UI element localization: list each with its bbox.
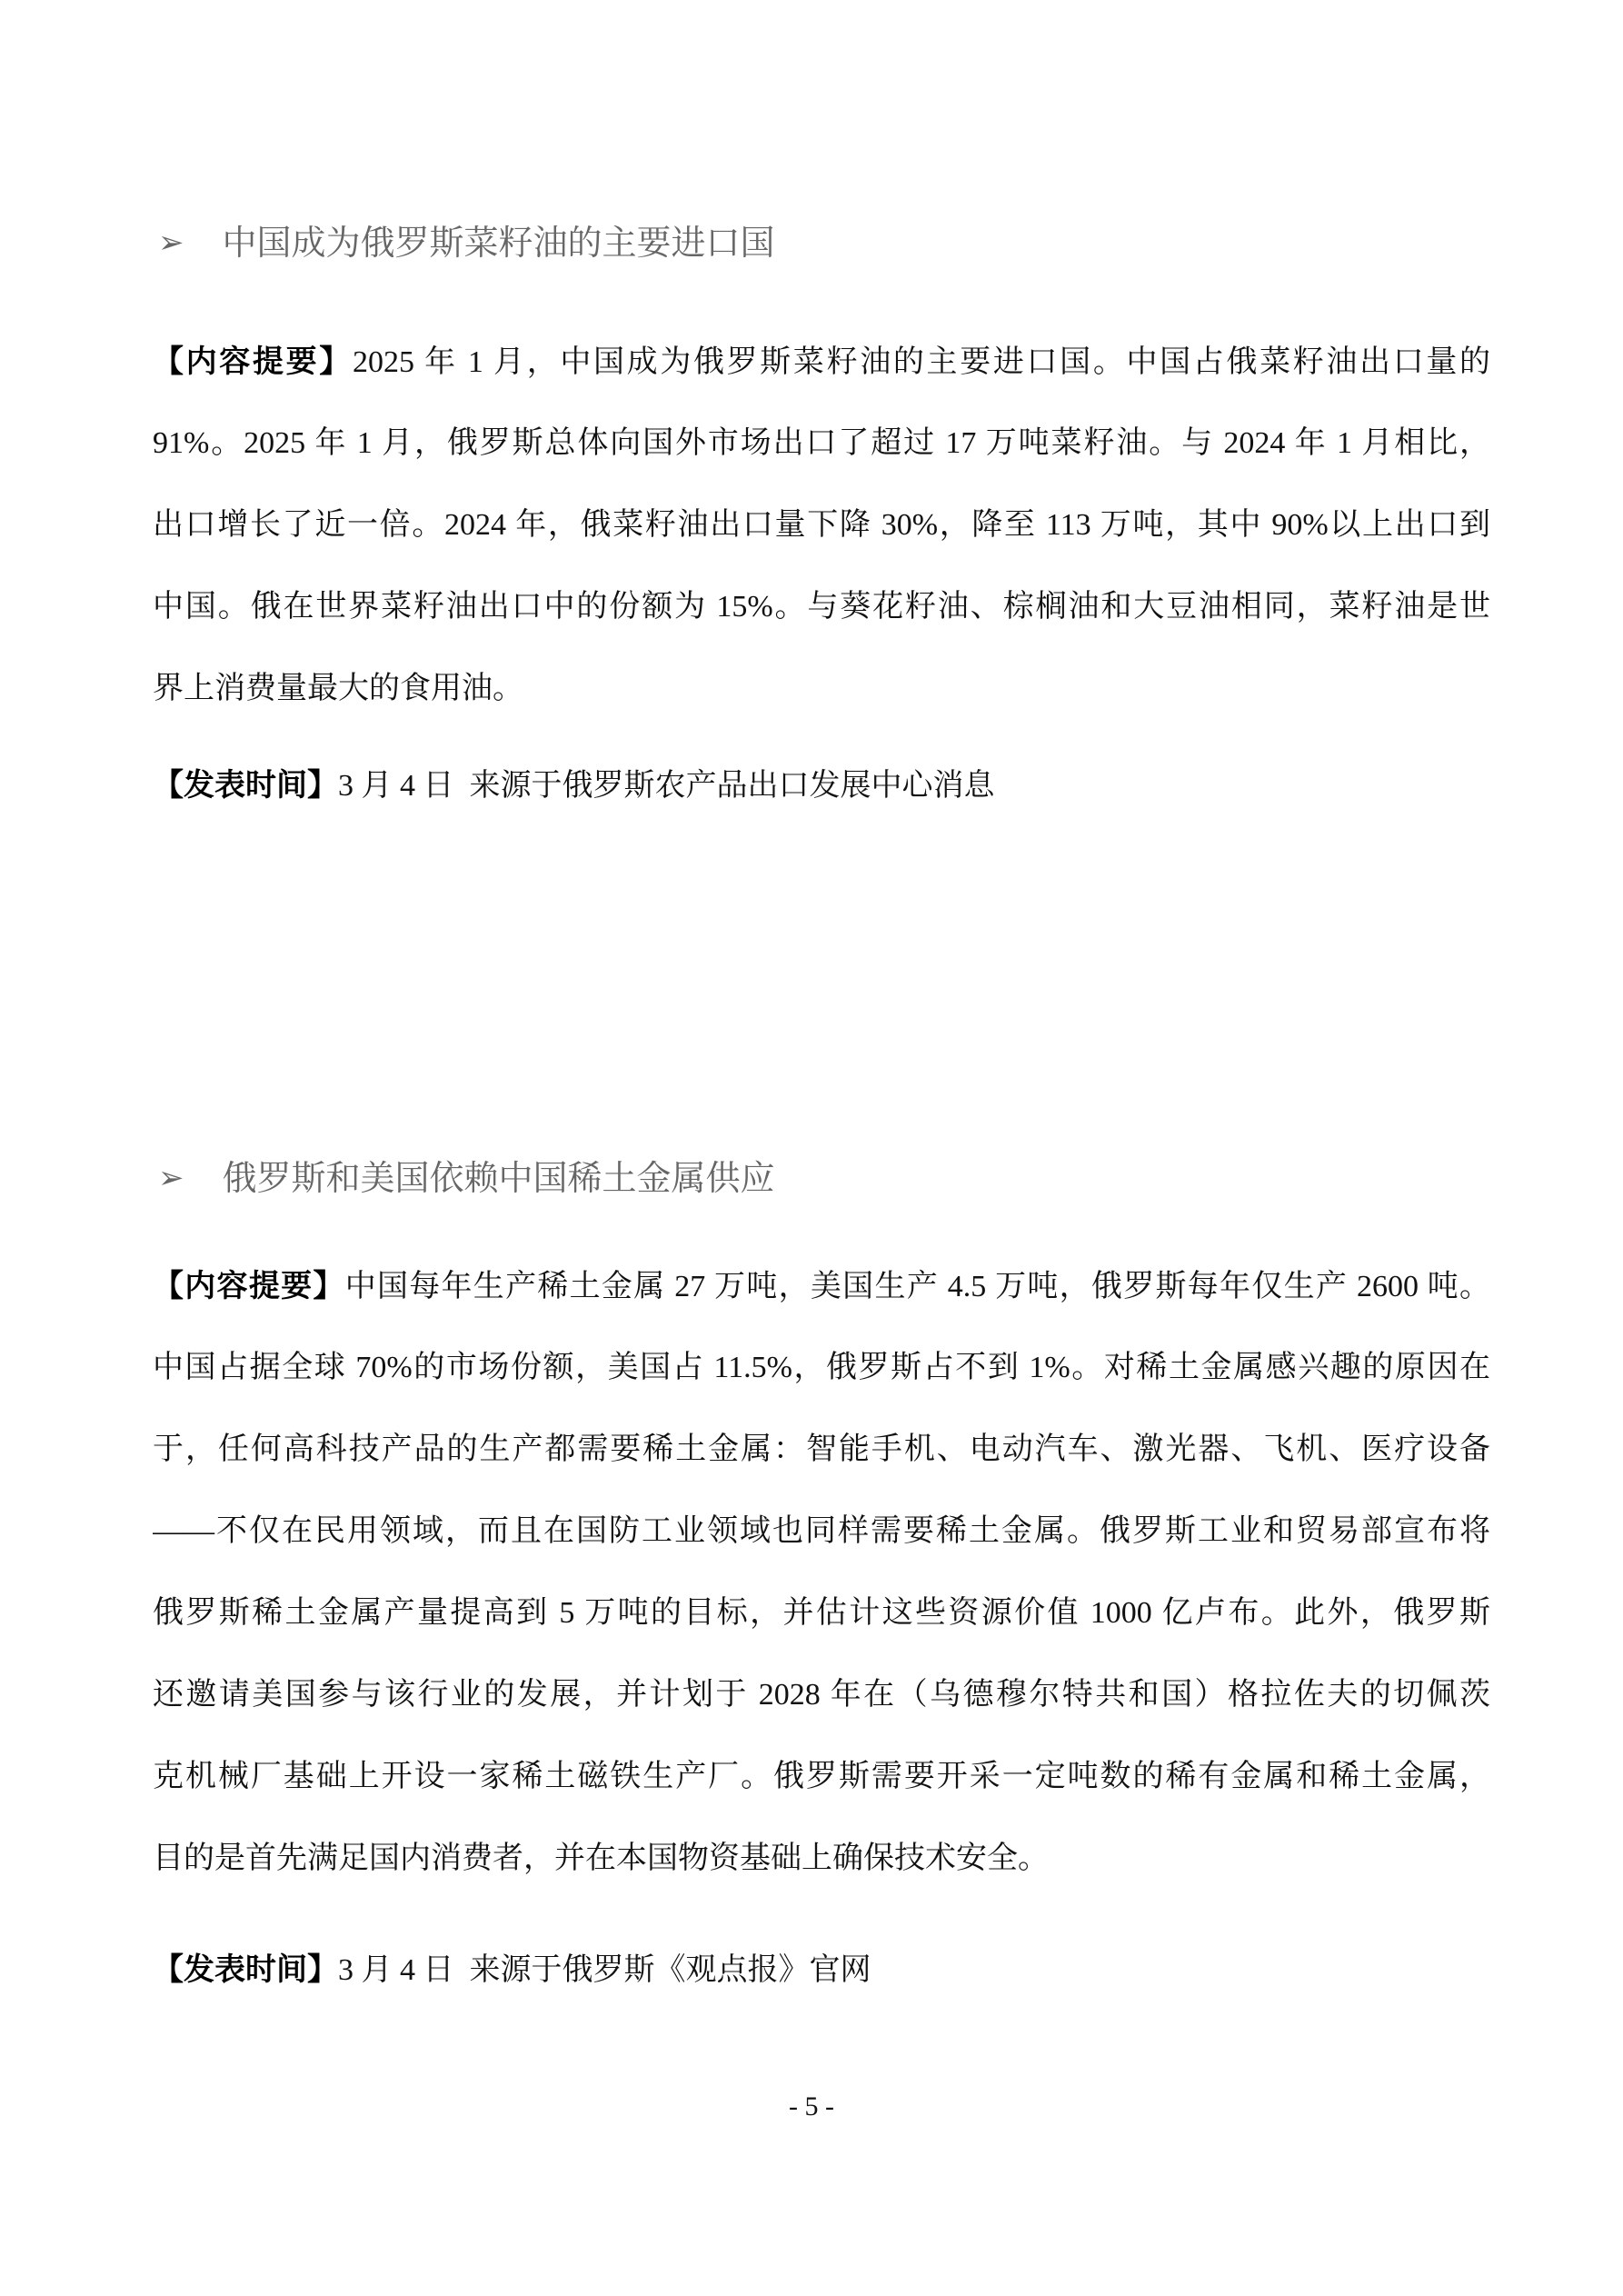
article-heading: ➢中国成为俄罗斯菜籽油的主要进口国 — [153, 218, 1490, 270]
article-title: 中国成为俄罗斯菜籽油的主要进口国 — [223, 225, 775, 263]
arrow-bullet-icon: ➢ — [158, 1153, 184, 1203]
summary-label: 【内容提要】 — [153, 344, 353, 379]
publish-time-label: 【发表时间】 — [153, 1952, 338, 1987]
body-line: 【内容提要】中国每年生产稀土金属 27 万吨，美国生产 4.5 万吨，俄罗斯每年… — [153, 1245, 1490, 1327]
body-line: 91%。2025 年 1 月，俄罗斯总体向国外市场出口了超过 17 万吨菜籽油。… — [153, 403, 1490, 484]
body-line: 目的是首先满足国内消费者，并在本国物资基础上确保技术安全。 — [153, 1818, 1490, 1900]
document-page: ➢中国成为俄罗斯菜籽油的主要进口国 【内容提要】2025 年 1 月，中国成为俄… — [0, 0, 1623, 2296]
summary-paragraph: 【内容提要】中国每年生产稀土金属 27 万吨，美国生产 4.5 万吨，俄罗斯每年… — [153, 1245, 1490, 1900]
body-line: 于，任何高科技产品的生产都需要稀土金属：智能手机、电动汽车、激光器、飞机、医疗设… — [153, 1409, 1490, 1491]
publish-time-line: 【发表时间】3 月 4 日 来源于俄罗斯农产品出口发展中心消息 — [153, 744, 1490, 826]
summary-paragraph: 【内容提要】2025 年 1 月，中国成为俄罗斯菜籽油的主要进口国。中国占俄菜籽… — [153, 321, 1490, 730]
body-line: 中国占据全球 70%的市场份额，美国占 11.5%，俄罗斯占不到 1%。对稀土金… — [153, 1327, 1490, 1409]
article-rapeseed-oil: ➢中国成为俄罗斯菜籽油的主要进口国 【内容提要】2025 年 1 月，中国成为俄… — [153, 218, 1490, 826]
body-line: 【内容提要】2025 年 1 月，中国成为俄罗斯菜籽油的主要进口国。中国占俄菜籽… — [153, 321, 1490, 403]
summary-label: 【内容提要】 — [153, 1269, 345, 1303]
publish-time-text: 3 月 4 日 来源于俄罗斯《观点报》官网 — [338, 1953, 871, 1987]
article-rare-earth: ➢俄罗斯和美国依赖中国稀土金属供应 【内容提要】中国每年生产稀土金属 27 万吨… — [153, 1153, 1490, 2011]
article-title: 俄罗斯和美国依赖中国稀土金属供应 — [223, 1160, 775, 1198]
body-line: 克机械厂基础上开设一家稀土磁铁生产厂。俄罗斯需要开采一定吨数的稀有金属和稀土金属… — [153, 1736, 1490, 1818]
article-heading: ➢俄罗斯和美国依赖中国稀土金属供应 — [153, 1153, 1490, 1205]
body-line-text: 中国每年生产稀土金属 27 万吨，美国生产 4.5 万吨，俄罗斯每年仅生产 26… — [345, 1270, 1490, 1303]
arrow-bullet-icon: ➢ — [158, 217, 184, 268]
body-line: 中国。俄在世界菜籽油出口中的份额为 15%。与葵花籽油、棕榈油和大豆油相同，菜籽… — [153, 566, 1490, 648]
publish-time-label: 【发表时间】 — [153, 768, 338, 803]
body-line: 出口增长了近一倍。2024 年，俄菜籽油出口量下降 30%，降至 113 万吨，… — [153, 484, 1490, 566]
body-line-text: 2025 年 1 月，中国成为俄罗斯菜籽油的主要进口国。中国占俄菜籽油出口量的 — [353, 345, 1490, 379]
page-number: - 5 - — [0, 2087, 1623, 2127]
body-line: 界上消费量最大的食用油。 — [153, 648, 1490, 730]
publish-time-line: 【发表时间】3 月 4 日 来源于俄罗斯《观点报》官网 — [153, 1929, 1490, 2011]
body-line: 俄罗斯稀土金属产量提高到 5 万吨的目标，并估计这些资源价值 1000 亿卢布。… — [153, 1572, 1490, 1654]
publish-time-text: 3 月 4 日 来源于俄罗斯农产品出口发展中心消息 — [338, 769, 995, 803]
body-line: ——不仅在民用领域，而且在国防工业领域也同样需要稀土金属。俄罗斯工业和贸易部宣布… — [153, 1491, 1490, 1572]
body-line: 还邀请美国参与该行业的发展，并计划于 2028 年在（乌德穆尔特共和国）格拉佐夫… — [153, 1654, 1490, 1736]
